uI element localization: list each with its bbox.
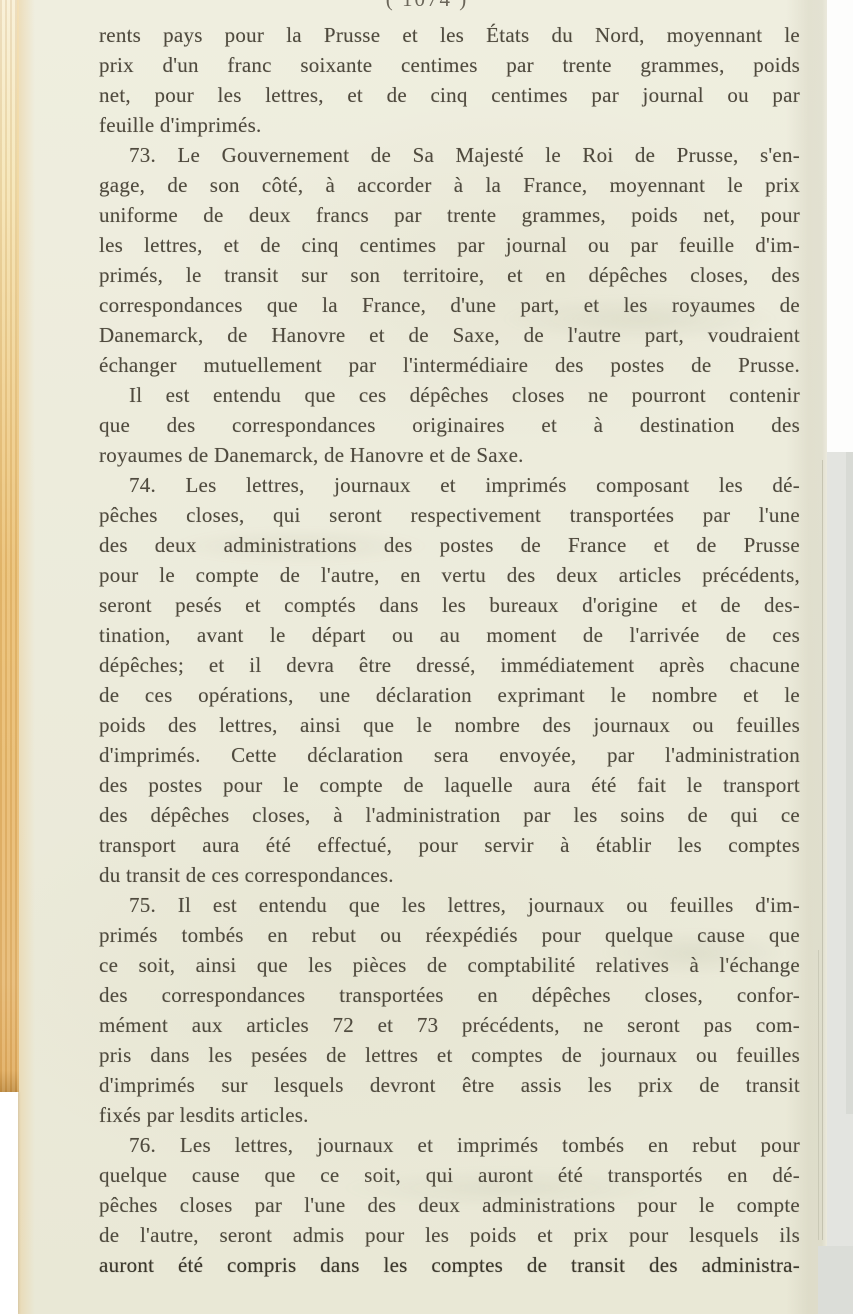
text-line: 74. Les lettres, journaux et imprimés co…: [99, 470, 800, 500]
text-line: pour le compte de l'autre, en vertu des …: [99, 560, 800, 590]
scan-right-gutter-dark-strip: [846, 452, 853, 1114]
text-line: dépêches; et il devra être dressé, imméd…: [99, 650, 800, 680]
text-line: d'imprimés sur lesquels devront être ass…: [99, 1070, 800, 1100]
text-line: poids des lettres, ainsi que le nombre d…: [99, 710, 800, 740]
book-left-edge-blend: [17, 0, 35, 1314]
text-line: Il est entendu que ces dépêches closes n…: [99, 380, 800, 410]
paragraph: Il est entendu que ces dépêches closes n…: [99, 380, 800, 470]
text-line: net, pour les lettres, et de cinq centim…: [99, 80, 800, 110]
text-line: les lettres, et de cinq centimes par jou…: [99, 230, 800, 260]
text-line: correspondances que la France, d'une par…: [99, 290, 800, 320]
text-line: pris dans les pesées de lettres et compt…: [99, 1040, 800, 1070]
text-line: fixés par lesdits articles.: [99, 1100, 800, 1130]
text-line: seront pesés et comptés dans les bureaux…: [99, 590, 800, 620]
text-line: prix d'un franc soixante centimes par tr…: [99, 50, 800, 80]
text-line: royaumes de Danemarck, de Hanovre et de …: [99, 440, 800, 470]
text-line: transport aura été effectué, pour servir…: [99, 830, 800, 860]
paragraph: 73. Le Gouvernement de Sa Majesté le Roi…: [99, 140, 800, 380]
text-line: rents pays pour la Prusse et les États d…: [99, 20, 800, 50]
text-line: 76. Les lettres, journaux et imprimés to…: [99, 1130, 800, 1160]
page-stack-edge-line: [822, 460, 823, 1240]
text-line: des correspondances transportées en dépê…: [99, 980, 800, 1010]
book-page-scan: ( 1074 ) rents pays pour la Prusse et le…: [0, 0, 853, 1314]
paragraph: 74. Les lettres, journaux et imprimés co…: [99, 470, 800, 890]
text-line: quelque cause que ce soit, qui auront ét…: [99, 1160, 800, 1190]
scan-bottom-left-background: [0, 1092, 18, 1314]
text-line: ce soit, ainsi que les pièces de comptab…: [99, 950, 800, 980]
page-stack-edge-line: [818, 950, 819, 1240]
text-line: des postes pour le compte de laquelle au…: [99, 770, 800, 800]
text-line: 75. Il est entendu que les lettres, jour…: [99, 890, 800, 920]
paragraph: 75. Il est entendu que les lettres, jour…: [99, 890, 800, 1130]
text-line: mément aux articles 72 et 73 précédents,…: [99, 1010, 800, 1040]
text-line: de ces opérations, une déclaration expri…: [99, 680, 800, 710]
text-line: primés, le transit sur son territoire, e…: [99, 260, 800, 290]
text-line: du transit de ces correspondances.: [99, 860, 800, 890]
paragraph: rents pays pour la Prusse et les États d…: [99, 20, 800, 140]
text-line: d'imprimés. Cette déclaration sera envoy…: [99, 740, 800, 770]
text-line: échanger mutuellement par l'intermédiair…: [99, 350, 800, 380]
text-line: uniforme de deux francs par trente gramm…: [99, 200, 800, 230]
text-line: 73. Le Gouvernement de Sa Majesté le Roi…: [99, 140, 800, 170]
page-number-cropped: ( 1074 ): [367, 0, 487, 13]
text-line: gage, de son côté, à accorder à la Franc…: [99, 170, 800, 200]
text-line: auront été compris dans les comptes de t…: [99, 1250, 800, 1280]
text-column: rents pays pour la Prusse et les États d…: [99, 20, 800, 1280]
text-line: de l'autre, seront admis pour les poids …: [99, 1220, 800, 1250]
text-line: des deux administrations des postes de F…: [99, 530, 800, 560]
text-line: primés tombés en rebut ou réexpédiés pou…: [99, 920, 800, 950]
text-line: Danemarck, de Hanovre et de Saxe, de l'a…: [99, 320, 800, 350]
text-line: pêches closes, qui seront respectivement…: [99, 500, 800, 530]
scan-bottom-right-gutter: [818, 1246, 853, 1314]
text-line: feuille d'imprimés.: [99, 110, 800, 140]
text-line: que des correspondances originaires et à…: [99, 410, 800, 440]
text-line: pêches closes par l'une des deux adminis…: [99, 1190, 800, 1220]
text-line: tination, avant le départ ou au moment d…: [99, 620, 800, 650]
paragraph: 76. Les lettres, journaux et imprimés to…: [99, 1130, 800, 1280]
text-line: des dépêches closes, à l'administration …: [99, 800, 800, 830]
